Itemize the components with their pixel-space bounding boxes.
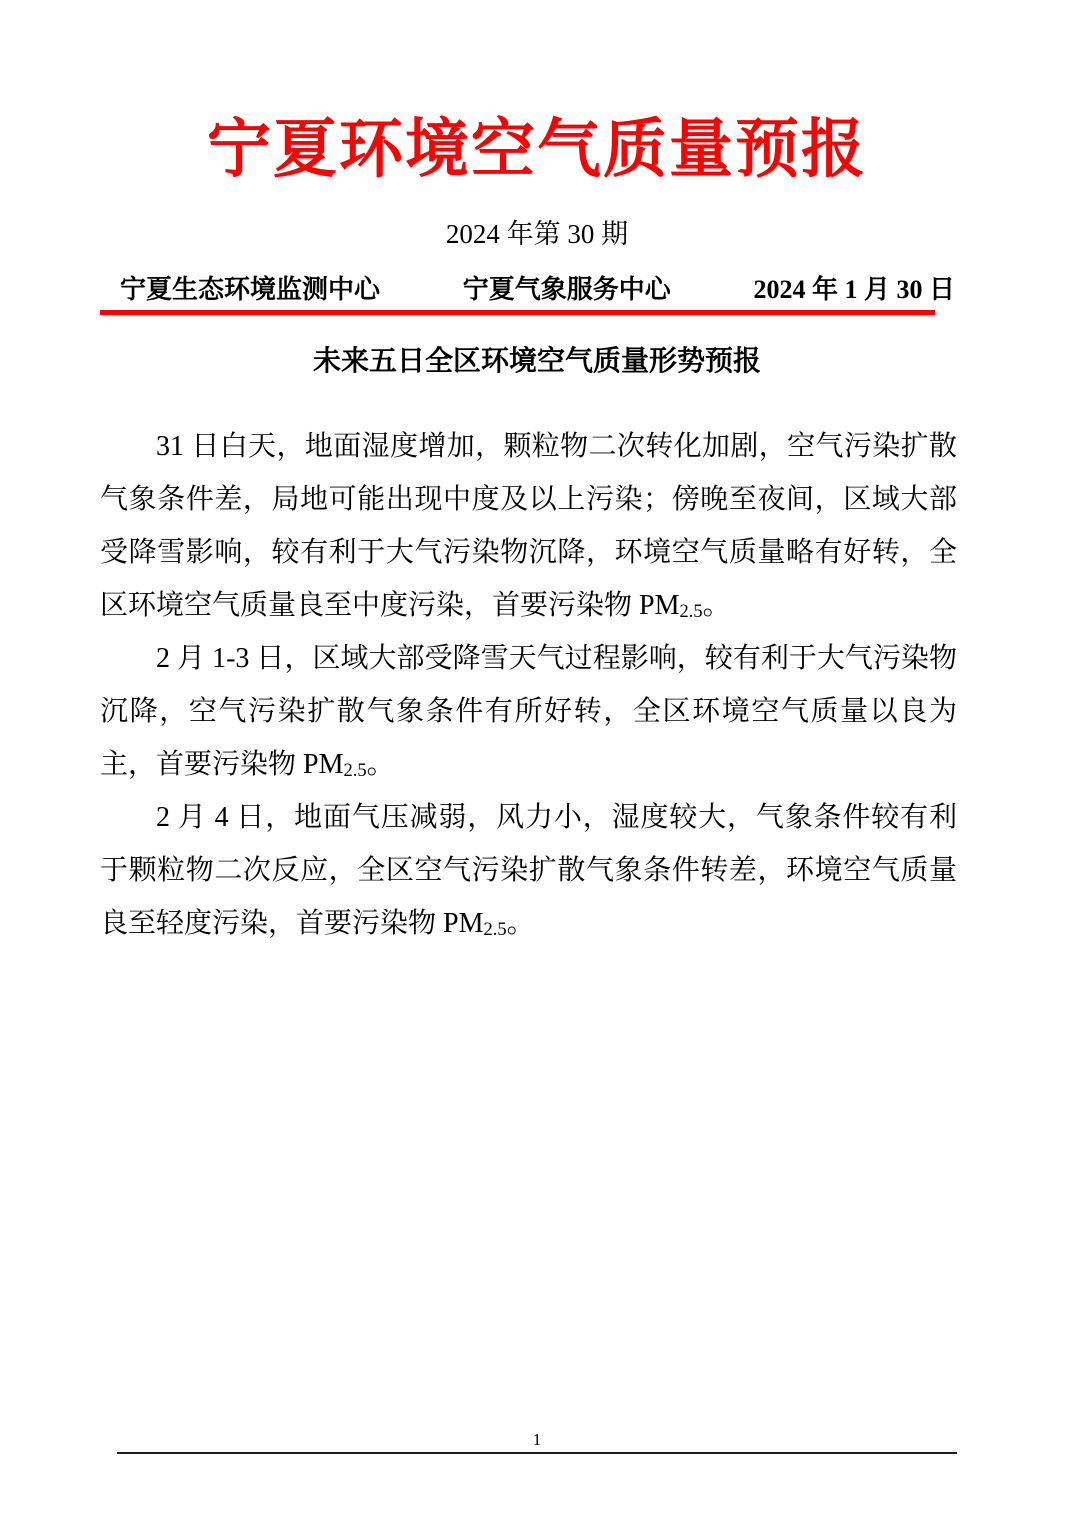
forecast-paragraph-1: 31 日白天，地面湿度增加，颗粒物二次转化加剧，空气污染扩散气象条件差，局地可能…: [100, 420, 957, 632]
forecast-paragraph-2: 2 月 1-3 日，区域大部受降雪天气过程影响，较有利于大气污染物沉降，空气污染…: [100, 632, 957, 791]
pm25-subscript: 2.5: [483, 919, 506, 939]
pm25-subscript: 2.5: [679, 601, 702, 621]
forecast-body: 31 日白天，地面湿度增加，颗粒物二次转化加剧，空气污染扩散气象条件差，局地可能…: [100, 420, 957, 950]
section-title: 未来五日全区环境空气质量形势预报: [0, 348, 1074, 376]
org-monitoring-center: 宁夏生态环境监测中心: [120, 277, 380, 303]
page-number: 1: [0, 1430, 1074, 1450]
masthead-red-rule: [100, 310, 935, 315]
paragraph-tail: 。: [703, 590, 731, 621]
forecast-paragraph-3: 2 月 4 日，地面气压减弱，风力小，湿度较大，气象条件较有利于颗粒物二次反应，…: [100, 791, 957, 950]
pm25-subscript: 2.5: [343, 760, 366, 780]
issue-number: 2024 年第 30 期: [0, 221, 1074, 248]
document-page: 宁夏环境空气质量预报 2024 年第 30 期 宁夏生态环境监测中心 宁夏气象服…: [0, 0, 1074, 1520]
paragraph-body: 31 日白天，地面湿度增加，颗粒物二次转化加剧，空气污染扩散气象条件差，局地可能…: [100, 431, 957, 621]
paragraph-body: 2 月 1-3 日，区域大部受降雪天气过程影响，较有利于大气污染物沉降，空气污染…: [100, 643, 957, 780]
issue-date: 2024 年 1 月 30 日: [753, 277, 955, 303]
paragraph-tail: 。: [367, 749, 395, 780]
paragraph-tail: 。: [507, 908, 535, 939]
footer-rule: [117, 1452, 957, 1454]
org-weather-center: 宁夏气象服务中心: [463, 277, 671, 303]
document-title: 宁夏环境空气质量预报: [0, 118, 1074, 182]
masthead: 宁夏生态环境监测中心 宁夏气象服务中心 2024 年 1 月 30 日: [100, 277, 957, 303]
